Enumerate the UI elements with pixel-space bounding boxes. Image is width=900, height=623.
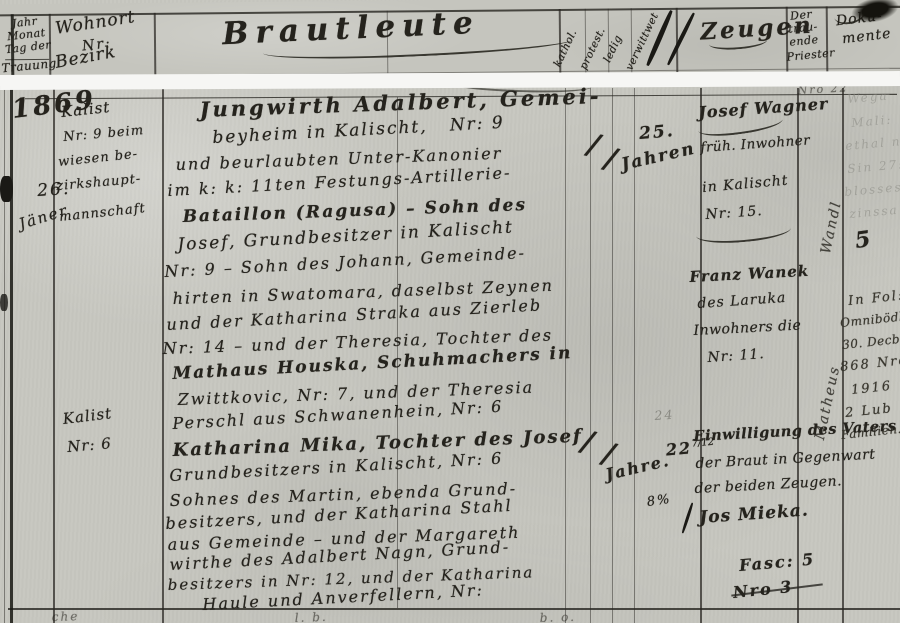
- bottom-row-fragment: l. b.: [295, 610, 328, 623]
- document-ref-line: 868 Nro: [839, 353, 900, 375]
- priest-signature-part: Wandl: [818, 199, 845, 255]
- groom-tally-mark: /: [585, 127, 604, 163]
- document-note-line: Sin 27:: [847, 157, 900, 176]
- document-note-line: Mali:: [851, 112, 893, 130]
- witness-detail: Nr: 15.: [705, 203, 763, 223]
- document-ref-line: Omnibödle: [840, 309, 900, 330]
- ink-stroke: [666, 12, 695, 65]
- column-rule: [154, 13, 156, 81]
- header-status-col-label: ledig: [601, 33, 624, 64]
- consent-signature: Jos Mieka.: [699, 500, 810, 528]
- consent-note-line: der Braut in Gegenwart: [695, 447, 876, 472]
- witness-detail: des Laruka: [697, 290, 787, 312]
- column-rule: [797, 88, 799, 623]
- groom-residence-line: mannschaft: [58, 201, 146, 225]
- document-ref-line: 30. Decbr.: [842, 331, 900, 352]
- header-status-col-label: kathol.: [551, 28, 579, 69]
- groom-residence-line: Kalist: [60, 98, 111, 121]
- document-ref-line: In Fol:: [847, 288, 900, 309]
- header-strip: Jahr Monat Tag der Trauung Wohnort Nr: B…: [0, 0, 900, 82]
- scan-gap: [0, 71, 900, 90]
- header-status-col-label: protest.: [577, 25, 607, 71]
- document-note-line: zinssa: [849, 203, 899, 221]
- groom-residence-line: wiesen be-: [57, 147, 138, 170]
- consent-note-line: Einwilligung des Vaters: [693, 417, 897, 445]
- column-rule: [700, 88, 702, 623]
- body-bottom-rule: [8, 608, 900, 610]
- header-residence-col-line: Bezirk: [54, 42, 118, 73]
- witness-name: Franz Wanek: [689, 262, 810, 286]
- document-note-line: 5: [853, 226, 874, 254]
- document-note-line: Wega: [847, 88, 889, 106]
- bride-residence-line: Kalist: [62, 404, 113, 428]
- header-priester-col-line: ende: [789, 33, 819, 49]
- column-rule: [4, 88, 5, 623]
- document-ref-line: 1916: [850, 379, 892, 398]
- witness-detail: in Kalischt: [702, 173, 789, 196]
- consent-note-line: der beiden Zeugen.: [694, 473, 842, 497]
- header-priester-col-line: Priester: [786, 46, 836, 64]
- document-note-line: ethal ne: [845, 133, 900, 153]
- bride-residence-line: Nr: 6: [66, 434, 112, 456]
- column-rule: [53, 88, 55, 623]
- bottom-row-fragment: che: [52, 609, 80, 623]
- header-residence-col-line: Wohnort: [54, 7, 137, 39]
- groom-age: 25.: [638, 121, 675, 144]
- register-scan-page: Jahr Monat Tag der Trauung Wohnort Nr: B…: [0, 0, 900, 623]
- header-dokumente-col-line: mente: [841, 26, 892, 48]
- witness-detail: Inwohners die: [693, 317, 802, 339]
- column-rule: [590, 88, 591, 623]
- groom-residence-line: Nr: 9 beim: [63, 123, 145, 145]
- fascicle-line: Fasc: 5: [738, 549, 816, 575]
- bride-age-note: 8%: [646, 492, 672, 510]
- signature-slash: [681, 502, 694, 533]
- column-rule: [826, 6, 828, 74]
- groom-residence-line: zirkshaupt-: [56, 172, 142, 194]
- ink-blot: [0, 294, 8, 311]
- ink-blot: [0, 176, 13, 202]
- document-note-line: blosses:: [844, 179, 900, 199]
- witness-detail: früh. Inwohner: [700, 132, 811, 156]
- groom-tally-mark: /: [602, 141, 621, 177]
- column-rule: [842, 88, 844, 623]
- witness-detail: Nr: 11.: [707, 346, 765, 366]
- bottom-row-fragment: b. o.: [540, 610, 577, 623]
- groom-age-unit: Jahren: [620, 139, 698, 175]
- column-rule: [10, 88, 13, 623]
